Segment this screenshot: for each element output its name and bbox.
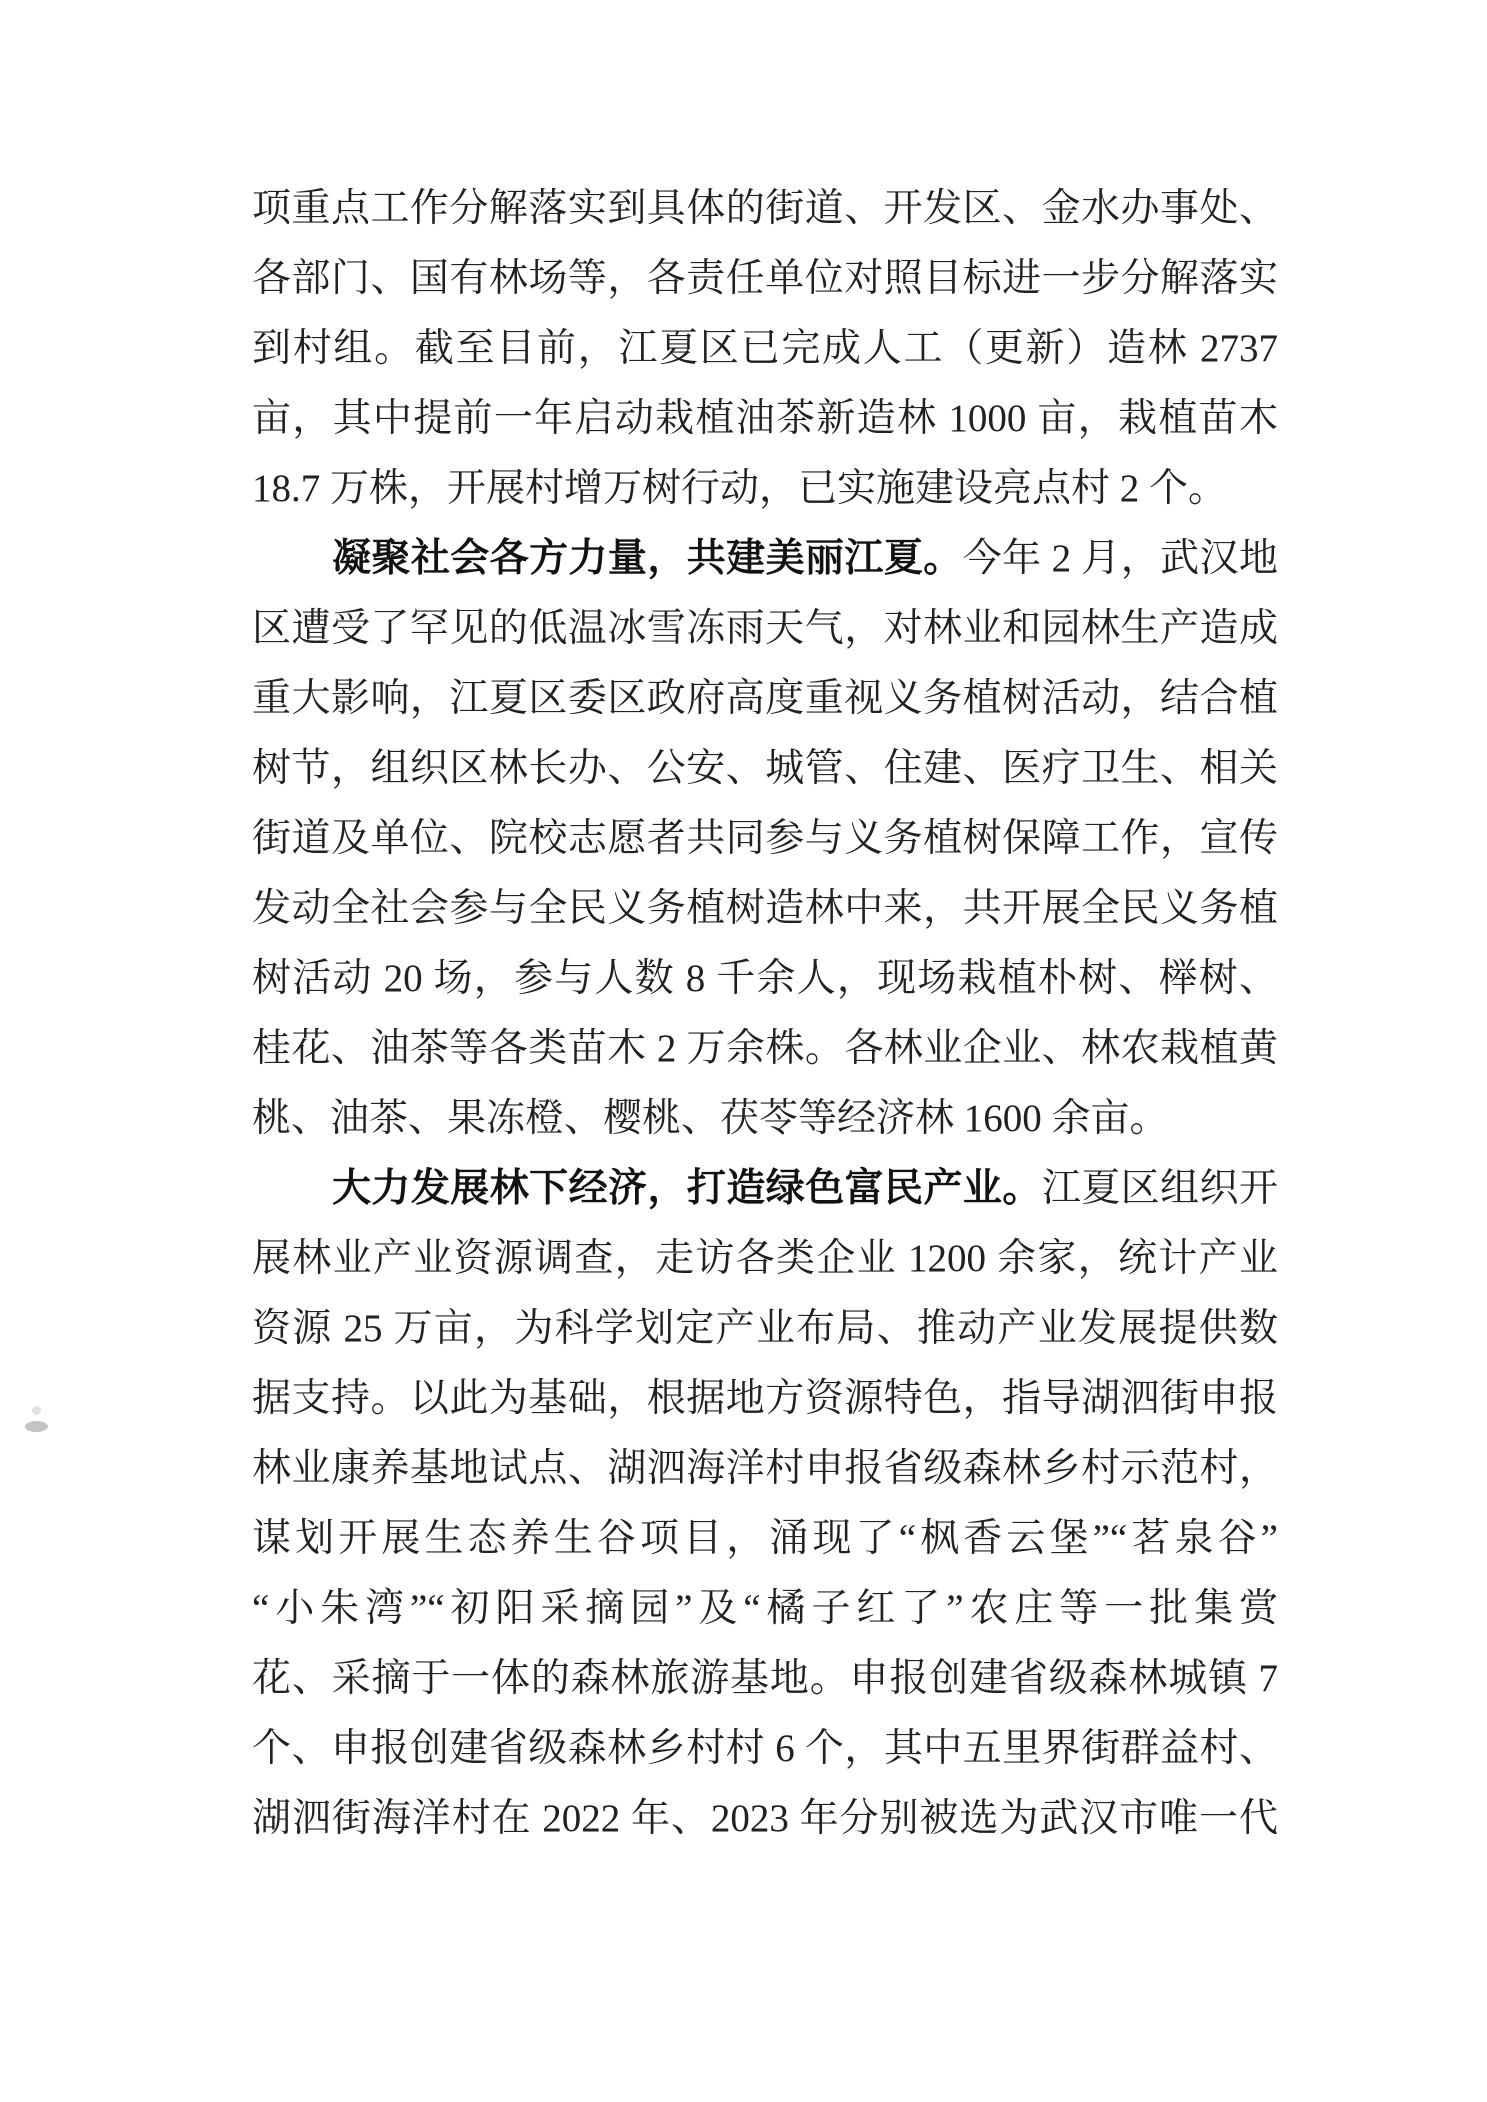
body-text-segment: 树节，组织区林长办、公安、城管、住建、医疗卫生、相关 <box>252 747 1278 790</box>
text-line: 林业康养基地试点、湖泗海洋村申报省级森林乡村示范村， <box>252 1434 1278 1504</box>
body-text-segment: 到村组。截至目前，江夏区已完成人工（更新）造林 2737 <box>252 327 1278 370</box>
body-text-segment: 展林业产业资源调查，走访各类企业 1200 余家，统计产业 <box>252 1237 1278 1280</box>
document-text-block: 项重点工作分解落实到具体的街道、开发区、金水办事处、各部门、国有林场等，各责任单… <box>252 174 1278 1854</box>
paragraph-heading: 凝聚社会各方力量，共建美丽江夏。 <box>332 537 963 580</box>
body-text-segment: 18.7 万株，开展村增万树行动，已实施建设亮点村 2 个。 <box>252 467 1227 510</box>
body-text-segment: 湖泗街海洋村在 2022 年、2023 年分别被选为武汉市唯一代 <box>252 1797 1278 1840</box>
body-text-segment: 各部门、国有林场等，各责任单位对照目标进一步分解落实 <box>252 257 1278 300</box>
scan-smudge <box>32 1406 41 1415</box>
text-line: 亩，其中提前一年启动栽植油茶新造林 1000 亩，栽植苗木 <box>252 384 1278 454</box>
body-text-segment: 桃、油茶、果冻橙、樱桃、茯苓等经济林 1600 余亩。 <box>252 1097 1169 1140</box>
text-line: 桃、油茶、果冻橙、樱桃、茯苓等经济林 1600 余亩。 <box>252 1084 1278 1154</box>
body-text-segment: 街道及单位、院校志愿者共同参与义务植树保障工作，宣传 <box>252 817 1278 860</box>
text-line: 各部门、国有林场等，各责任单位对照目标进一步分解落实 <box>252 244 1278 314</box>
body-text-segment: 今年 2 月，武汉地 <box>963 537 1278 580</box>
text-line: 项重点工作分解落实到具体的街道、开发区、金水办事处、 <box>252 174 1278 244</box>
text-line: 街道及单位、院校志愿者共同参与义务植树保障工作，宣传 <box>252 804 1278 874</box>
body-text-segment: “小朱湾”“初阳采摘园”及“橘子红了”农庄等一批集赏 <box>252 1587 1278 1630</box>
text-line: 凝聚社会各方力量，共建美丽江夏。今年 2 月，武汉地 <box>252 524 1278 594</box>
text-line: 花、采摘于一体的森林旅游基地。申报创建省级森林城镇 7 <box>252 1644 1278 1714</box>
body-text-segment: 江夏区组织开 <box>1042 1167 1278 1210</box>
text-line: 大力发展林下经济，打造绿色富民产业。江夏区组织开 <box>252 1154 1278 1224</box>
text-line: 据支持。以此为基础，根据地方资源特色，指导湖泗街申报 <box>252 1364 1278 1434</box>
text-line: 区遭受了罕见的低温冰雪冻雨天气，对林业和园林生产造成 <box>252 594 1278 664</box>
text-line: 展林业产业资源调查，走访各类企业 1200 余家，统计产业 <box>252 1224 1278 1294</box>
body-text-segment: 林业康养基地试点、湖泗海洋村申报省级森林乡村示范村， <box>252 1447 1278 1490</box>
scan-smudge <box>25 1421 48 1432</box>
body-text-segment: 谋划开展生态养生谷项目，涌现了“枫香云堡”“茗泉谷” <box>252 1517 1278 1560</box>
text-line: 桂花、油茶等各类苗木 2 万余株。各林业企业、林农栽植黄 <box>252 1014 1278 1084</box>
body-text-segment: 重大影响，江夏区委区政府高度重视义务植树活动，结合植 <box>252 677 1278 720</box>
body-text-segment: 发动全社会参与全民义务植树造林中来，共开展全民义务植 <box>252 887 1278 930</box>
text-line: 18.7 万株，开展村增万树行动，已实施建设亮点村 2 个。 <box>252 454 1278 524</box>
text-line: 发动全社会参与全民义务植树造林中来，共开展全民义务植 <box>252 874 1278 944</box>
body-text-segment: 据支持。以此为基础，根据地方资源特色，指导湖泗街申报 <box>252 1377 1278 1420</box>
body-text-segment: 亩，其中提前一年启动栽植油茶新造林 1000 亩，栽植苗木 <box>252 397 1278 440</box>
body-text-segment: 区遭受了罕见的低温冰雪冻雨天气，对林业和园林生产造成 <box>252 607 1278 650</box>
text-line: 树活动 20 场，参与人数 8 千余人，现场栽植朴树、榉树、 <box>252 944 1278 1014</box>
body-text-segment: 花、采摘于一体的森林旅游基地。申报创建省级森林城镇 7 <box>252 1657 1278 1700</box>
text-line: “小朱湾”“初阳采摘园”及“橘子红了”农庄等一批集赏 <box>252 1574 1278 1644</box>
text-line: 湖泗街海洋村在 2022 年、2023 年分别被选为武汉市唯一代 <box>252 1784 1278 1854</box>
body-text-segment: 树活动 20 场，参与人数 8 千余人，现场栽植朴树、榉树、 <box>252 957 1278 1000</box>
text-line: 资源 25 万亩，为科学划定产业布局、推动产业发展提供数 <box>252 1294 1278 1364</box>
body-text-segment: 资源 25 万亩，为科学划定产业布局、推动产业发展提供数 <box>252 1307 1278 1350</box>
body-text-segment: 桂花、油茶等各类苗木 2 万余株。各林业企业、林农栽植黄 <box>252 1027 1278 1070</box>
text-line: 树节，组织区林长办、公安、城管、住建、医疗卫生、相关 <box>252 734 1278 804</box>
paragraph-heading: 大力发展林下经济，打造绿色富民产业。 <box>332 1167 1042 1210</box>
text-line: 重大影响，江夏区委区政府高度重视义务植树活动，结合植 <box>252 664 1278 734</box>
body-text-segment: 项重点工作分解落实到具体的街道、开发区、金水办事处、 <box>252 187 1278 230</box>
text-line: 谋划开展生态养生谷项目，涌现了“枫香云堡”“茗泉谷” <box>252 1504 1278 1574</box>
text-line: 个、申报创建省级森林乡村村 6 个，其中五里界街群益村、 <box>252 1714 1278 1784</box>
document-page: 项重点工作分解落实到具体的街道、开发区、金水办事处、各部门、国有林场等，各责任单… <box>0 0 1487 2102</box>
text-line: 到村组。截至目前，江夏区已完成人工（更新）造林 2737 <box>252 314 1278 384</box>
body-text-segment: 个、申报创建省级森林乡村村 6 个，其中五里界街群益村、 <box>252 1727 1278 1770</box>
